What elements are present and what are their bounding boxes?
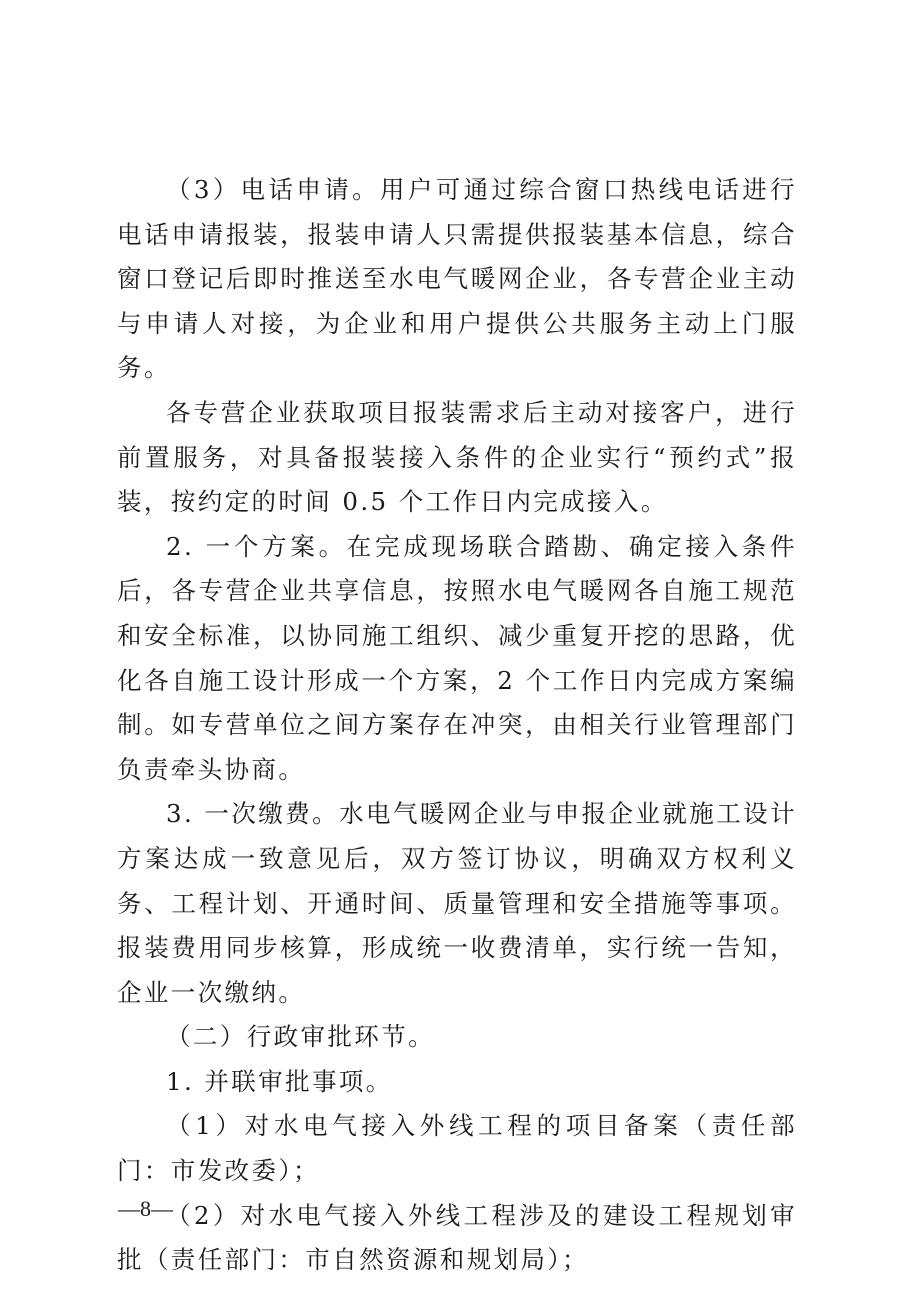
paragraph-phone-application: （3）电话申请。用户可通过综合窗口热线电话进行电话申请报装，报装申请人只需提供报… xyxy=(117,168,797,391)
document-body: （3）电话申请。用户可通过综合窗口热线电话进行电话申请报装，报装申请人只需提供报… xyxy=(117,168,797,1283)
page-number: —8— xyxy=(118,1196,173,1222)
paragraph-one-payment: 3. 一次缴费。水电气暖网企业与申报企业就施工设计方案达成一致意见后，双方签订协… xyxy=(117,792,797,1015)
paragraph-one-plan: 2. 一个方案。在完成现场联合踏勘、确定接入条件后，各专营企业共享信息，按照水电… xyxy=(117,525,797,793)
section-heading-admin-approval: （二）行政审批环节。 xyxy=(117,1015,797,1060)
subsection-heading-parallel-approval: 1. 并联审批事项。 xyxy=(117,1060,797,1105)
document-page: （3）电话申请。用户可通过综合窗口热线电话进行电话申请报装，报装申请人只需提供报… xyxy=(0,0,920,1301)
list-item-planning-approval: （2）对水电气接入外线工程涉及的建设工程规划审批（责任部门：市自然资源和规划局）… xyxy=(117,1194,797,1283)
paragraph-appointment-service: 各专营企业获取项目报装需求后主动对接客户，进行前置服务，对具备报装接入条件的企业… xyxy=(117,391,797,525)
list-item-project-filing: （1）对水电气接入外线工程的项目备案（责任部门：市发改委）； xyxy=(117,1104,797,1193)
